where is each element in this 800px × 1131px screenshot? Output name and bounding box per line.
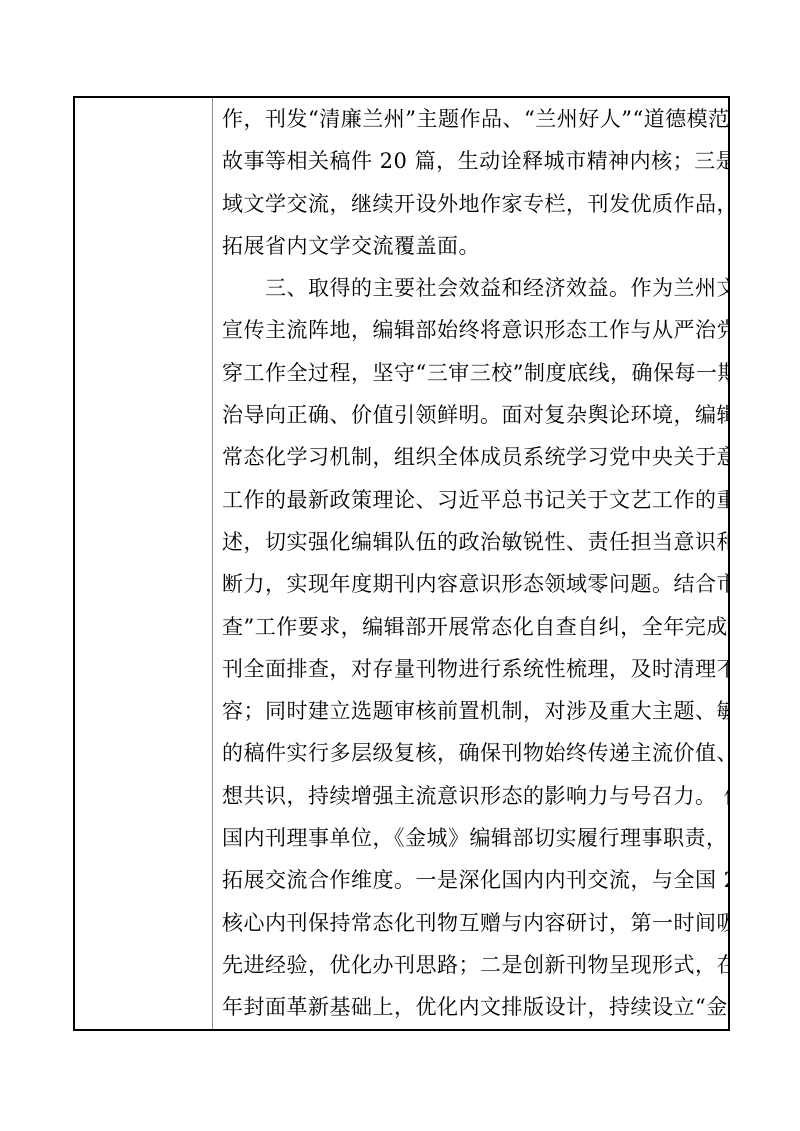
- body-text-line: 年封面革新基础上，优化内文排版设计，持续设立“金城经: [222, 986, 719, 1028]
- body-text-line: 域文学交流，继续开设外地作家专栏，刊发优质作品，进一步: [222, 183, 719, 225]
- body-text-line: 先进经验，优化办刊思路；二是创新刊物呈现形式，在 2024: [222, 944, 719, 986]
- body-text-line: 核心内刊保持常态化刊物互赠与内容研讨，第一时间吸纳行业: [222, 902, 719, 944]
- body-text-line: 作，刊发“清廉兰州”主题作品、“兰州好人”“道德模范”、红色: [222, 98, 719, 140]
- body-text-line: 断力，实现年度期刊内容意识形态领域零问题。结合市文联“四: [222, 563, 719, 605]
- report-table: 作，刊发“清廉兰州”主题作品、“兰州好人”“道德模范”、红色 故事等相关稿件 2…: [73, 96, 730, 1031]
- body-text-line: 三、取得的主要社会效益和经济效益。作为兰州文学艺术: [222, 267, 719, 309]
- body-text-line: 故事等相关稿件 20 篇，生动诠释城市精神内核；三是深化区: [222, 140, 719, 182]
- body-text-line: 想共识，持续增强主流意识形态的影响力与号召力。 作为全: [222, 775, 719, 817]
- body-text-line: 容；同时建立选题审核前置机制，对涉及重大主题、敏感内容: [222, 690, 719, 732]
- body-text-line: 的稿件实行多层级复核，确保刊物始终传递主流价值、凝聚思: [222, 732, 719, 774]
- table-label-cell: [75, 98, 213, 1029]
- body-text-line: 治导向正确、价值引领鲜明。面对复杂舆论环境，编辑部建立: [222, 394, 719, 436]
- body-text-line: 述，切实强化编辑队伍的政治敏锐性、责任担当意识和专业判: [222, 521, 719, 563]
- body-text-line: 国内刊理事单位，《金城》编辑部切实履行理事职责，全方位: [222, 817, 719, 859]
- body-text-line: 拓展交流合作维度。一是深化国内内刊交流，与全国 20 余家: [222, 859, 719, 901]
- document-page: 作，刊发“清廉兰州”主题作品、“兰州好人”“道德模范”、红色 故事等相关稿件 2…: [0, 0, 800, 1131]
- body-text-line: 常态化学习机制，组织全体成员系统学习党中央关于意识形态: [222, 436, 719, 478]
- body-text-line: 刊全面排查，对存量刊物进行系统性梳理，及时清理不合规内: [222, 648, 719, 690]
- body-text-line: 工作的最新政策理论、习近平总书记关于文艺工作的重要论: [222, 479, 719, 521]
- body-text-line: 查”工作要求，编辑部开展常态化自查自纠，全年完成 3 次书: [222, 606, 719, 648]
- table-content-cell: 作，刊发“清廉兰州”主题作品、“兰州好人”“道德模范”、红色 故事等相关稿件 2…: [213, 98, 728, 1029]
- body-text-line: 宣传主流阵地，编辑部始终将意识形态工作与从严治党要求贯: [222, 309, 719, 351]
- body-text-line: 穿工作全过程，坚守“三审三校”制度底线，确保每一期杂志政: [222, 352, 719, 394]
- body-text-line: 拓展省内文学交流覆盖面。: [222, 225, 719, 267]
